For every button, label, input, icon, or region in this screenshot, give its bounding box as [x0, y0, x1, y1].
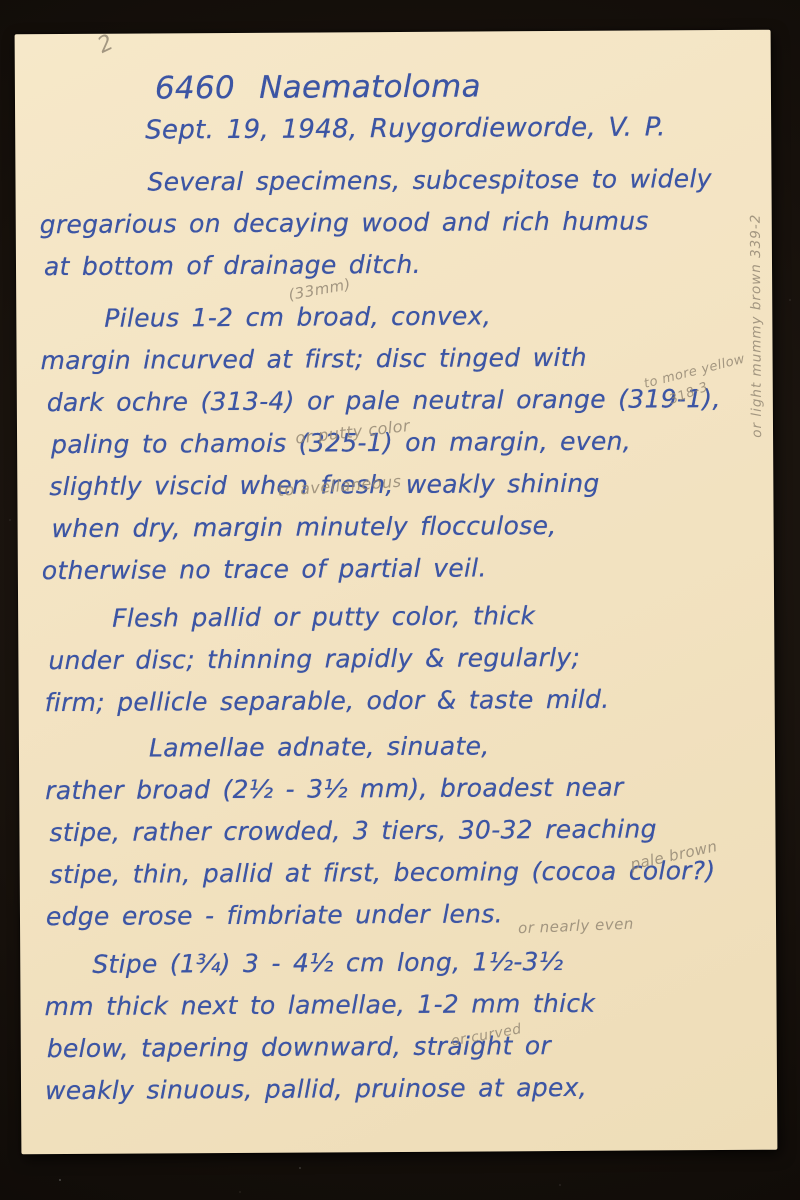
pencil-annotation-top-left-mark: 2 — [94, 30, 118, 59]
handwritten-line-lamellae: Lamellae adnate, sinuate, — [149, 724, 763, 770]
handwritten-line: under disc; thinning rapidly & regularly… — [48, 636, 762, 682]
handwritten-line-stipe: Stipe (1¾) 3 - 4½ cm long, 1½-3½ — [92, 940, 764, 986]
date-location-line: Sept. 19, 1948, Ruygordieworde, V. P. — [145, 106, 759, 152]
handwritten-line: at bottom of drainage ditch. — [44, 242, 760, 288]
handwritten-note-body: 6460 Naematoloma Sept. 19, 1948, Ruygord… — [39, 64, 765, 1112]
handwritten-line: gregarious on decaying wood and rich hum… — [40, 200, 760, 246]
collection-number-and-genus-line: 6460 Naematoloma — [155, 64, 759, 110]
photo-background: { "colors": { "background": "#16100b", "… — [0, 0, 800, 1200]
handwritten-line: Several specimens, subcespitose to widel… — [147, 158, 759, 204]
handwritten-line: mm thick next to lamellae, 1-2 mm thick — [44, 982, 764, 1028]
handwritten-line: firm; pellicle separable, odor & taste m… — [45, 678, 763, 724]
paper-card: 6460 Naematoloma Sept. 19, 1948, Ruygord… — [15, 30, 778, 1155]
handwritten-line-pileus: Pileus 1-2 cm broad, convex, — [104, 294, 760, 340]
handwritten-line: stipe, rather crowded, 3 tiers, 30-32 re… — [49, 808, 763, 854]
handwritten-line: otherwise no trace of partial veil. — [42, 546, 762, 592]
handwritten-line: below, tapering downward, straight or — [47, 1024, 765, 1070]
handwritten-line: weakly sinuous, pallid, pruinose at apex… — [45, 1066, 765, 1112]
handwritten-line-flesh: Flesh pallid or putty color, thick — [112, 594, 762, 640]
handwritten-line: edge erose - fimbriate under lens. — [46, 892, 764, 938]
handwritten-line: slightly viscid when fresh, weakly shini… — [49, 462, 761, 508]
pencil-annotation-right-margin-vertical: or light mummy brown 339-2 — [748, 214, 765, 438]
handwritten-line: rather broad (2½ - 3½ mm), broadest near — [45, 766, 763, 812]
handwritten-line: when dry, margin minutely flocculose, — [51, 504, 761, 550]
